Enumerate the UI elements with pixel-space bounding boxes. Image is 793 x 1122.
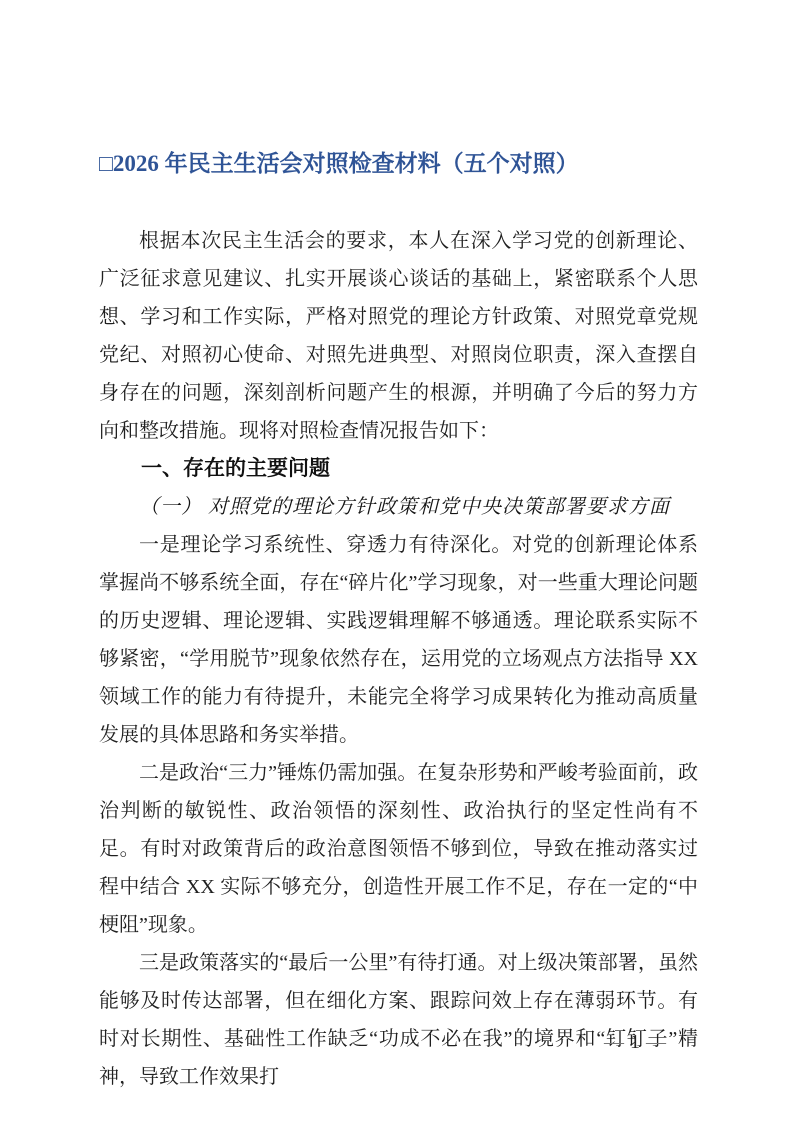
subsection-heading: （一） 对照党的理论方针政策和党中央决策部署要求方面: [99, 488, 698, 526]
point-paragraph-1: 一是理论学习系统性、穿透力有待深化。对党的创新理论体系掌握尚不够系统全面，存在“…: [99, 526, 698, 754]
document-title: □2026 年民主生活会对照检查材料（五个对照）: [99, 148, 699, 180]
intro-paragraph: 根据本次民主生活会的要求，本人在深入学习党的创新理论、广泛征求意见建议、扎实开展…: [99, 222, 698, 450]
document-page: □2026 年民主生活会对照检查材料（五个对照） 根据本次民主生活会的要求，本人…: [0, 0, 793, 1122]
page-footer: —1—: [575, 1030, 695, 1054]
point-paragraph-3: 三是政策落实的“最后一公里”有待打通。对上级决策部署，虽然能够及时传达部署，但在…: [99, 944, 698, 1096]
section-heading: 一、存在的主要问题: [99, 450, 698, 488]
point-paragraph-2: 二是政治“三力”锤炼仍需加强。在复杂形势和严峻考验面前，政治判断的敏锐性、政治领…: [99, 754, 698, 944]
footer-dash-left: —: [598, 1031, 630, 1053]
page-number: 1: [630, 1031, 640, 1053]
document-body: 根据本次民主生活会的要求，本人在深入学习党的创新理论、广泛征求意见建议、扎实开展…: [99, 222, 698, 1096]
footer-dash-right: —: [640, 1031, 672, 1053]
